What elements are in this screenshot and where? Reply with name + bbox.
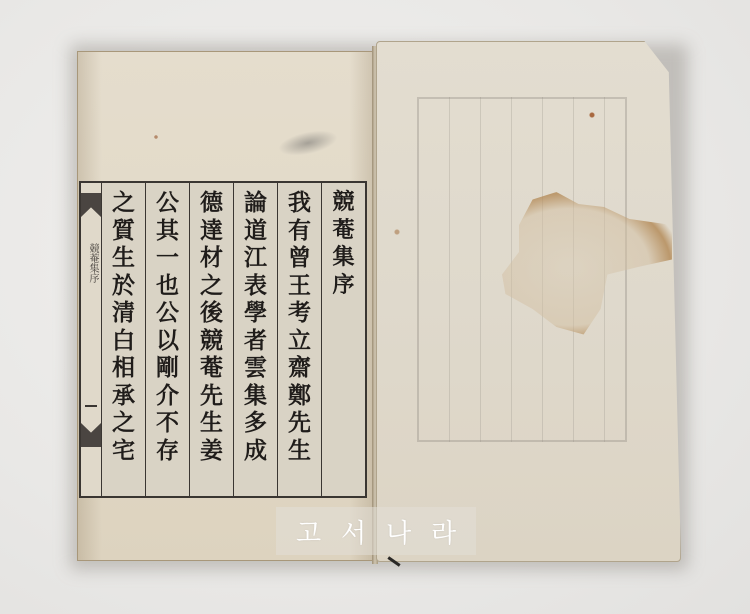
watermark-char: 고 [296,513,321,550]
character: 論 [244,189,267,217]
text-columns: 競菴集序 我有曾王考立齋鄭先生 論道江表學者雲集多成 德達材之後競菴先生姜 公其… [101,183,365,496]
character: 齋 [288,354,311,382]
character: 我 [288,189,311,217]
right-page [376,41,681,562]
character: 相 [112,354,135,382]
character: 後 [200,299,223,327]
character: 競 [200,327,223,355]
character: 考 [288,299,311,327]
character: 先 [200,382,223,410]
page-center-margin: 競菴集序 [81,183,102,496]
margin-page-number [85,405,97,407]
character: 表 [244,272,267,300]
character: 先 [288,409,311,437]
watermark: 고 서 나 라 [276,507,476,555]
text-column-title: 競菴集序 [321,183,365,496]
character: 達 [200,217,223,245]
character: 清 [112,299,135,327]
character: 其 [156,217,179,245]
character: 王 [288,272,311,300]
fishtail-top-icon [81,193,101,217]
character: 學 [244,299,267,327]
character: 不 [156,409,179,437]
character: 以 [156,327,179,355]
character: 宅 [112,437,135,465]
character: 序 [332,272,354,300]
ink-smudge [276,126,339,160]
character: 白 [112,327,135,355]
watermark-char: 라 [431,513,456,550]
character: 存 [156,437,179,465]
character: 雲 [244,354,267,382]
character: 多 [244,409,267,437]
character: 成 [244,437,267,465]
character: 之 [112,409,135,437]
character: 之 [112,189,135,217]
character: 公 [156,299,179,327]
character: 江 [244,244,267,272]
character: 立 [288,327,311,355]
fishtail-bottom-icon [81,423,101,447]
text-column: 德達材之後競菴先生姜 [189,183,233,496]
character: 材 [200,244,223,272]
character: 生 [288,437,311,465]
character: 生 [112,244,135,272]
character: 質 [112,217,135,245]
margin-title: 競菴集序 [83,243,99,283]
character: 者 [244,327,267,355]
character: 生 [200,409,223,437]
character: 鄭 [288,382,311,410]
character: 有 [288,217,311,245]
character: 公 [156,189,179,217]
character: 曾 [288,244,311,272]
character: 承 [112,382,135,410]
watermark-char: 나 [386,513,411,550]
watermark-char: 서 [341,513,366,550]
character: 德 [200,189,223,217]
character: 介 [156,382,179,410]
text-column: 論道江表學者雲集多成 [233,183,277,496]
character: 之 [200,272,223,300]
printed-text-block: 競菴集序 競菴集序 我有曾王考立齋鄭先生 論道江表學者雲集多成 德達材之後競菴先… [79,181,367,498]
character: 一 [156,244,179,272]
character: 道 [244,217,267,245]
character: 於 [112,272,135,300]
character: 剛 [156,354,179,382]
character: 菴 [332,217,354,245]
text-column: 之質生於清白相承之宅 [101,183,145,496]
text-column: 公其一也公以剛介不存 [145,183,189,496]
character: 競 [332,189,354,217]
character: 集 [244,382,267,410]
character: 集 [332,244,354,272]
text-column: 我有曾王考立齋鄭先生 [277,183,321,496]
character: 也 [156,272,179,300]
character: 姜 [200,437,223,465]
character: 菴 [200,354,223,382]
